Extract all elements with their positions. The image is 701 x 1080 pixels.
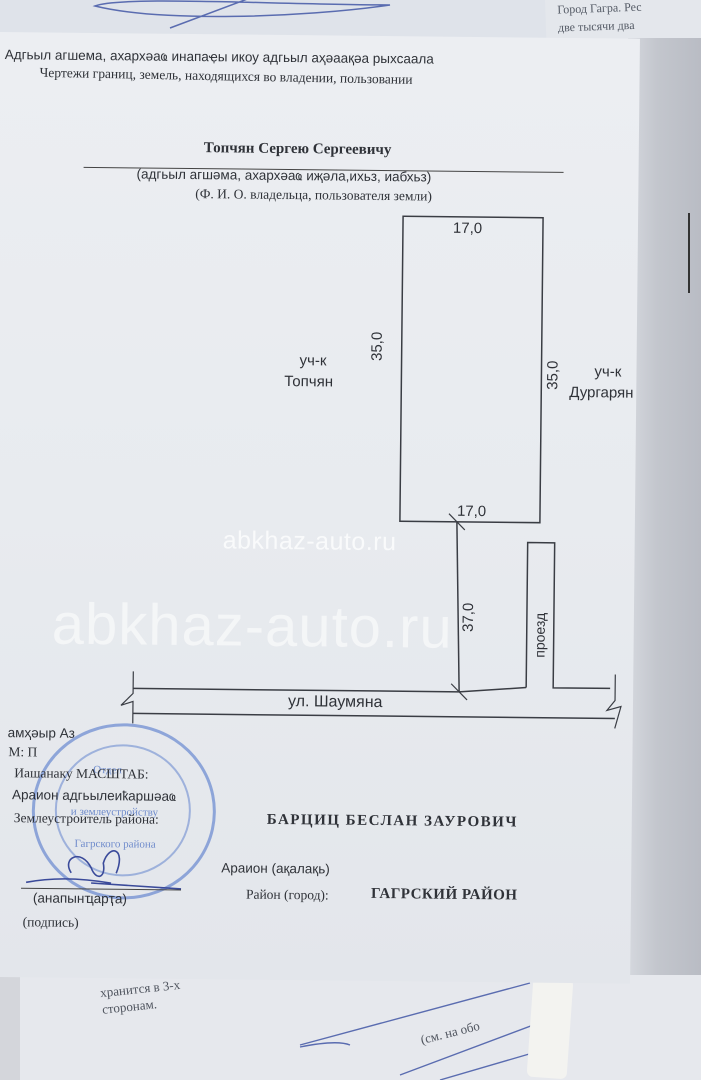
background-paper-bottom-left — [0, 975, 22, 1080]
background-paper-right — [628, 38, 701, 978]
background-text-line: Город Гагра. Рес — [557, 0, 642, 18]
background-text-line: две тысячи два — [558, 18, 635, 36]
pen-strokes-bottom — [20, 975, 701, 1080]
paper-tab — [527, 977, 574, 1080]
signature-caption-russian: (подпись) — [23, 914, 79, 931]
signature — [0, 32, 640, 984]
signature-caption-abkhaz: (анапынҵарҭа) — [33, 890, 127, 906]
land-plot-drawing-sheet: Адгьыл агшема, ахархәаҩ инапаҿы икоу адг… — [0, 32, 640, 984]
background-paper-bottom: хранится в 3-х сторонам. (см. на обо — [20, 975, 701, 1080]
